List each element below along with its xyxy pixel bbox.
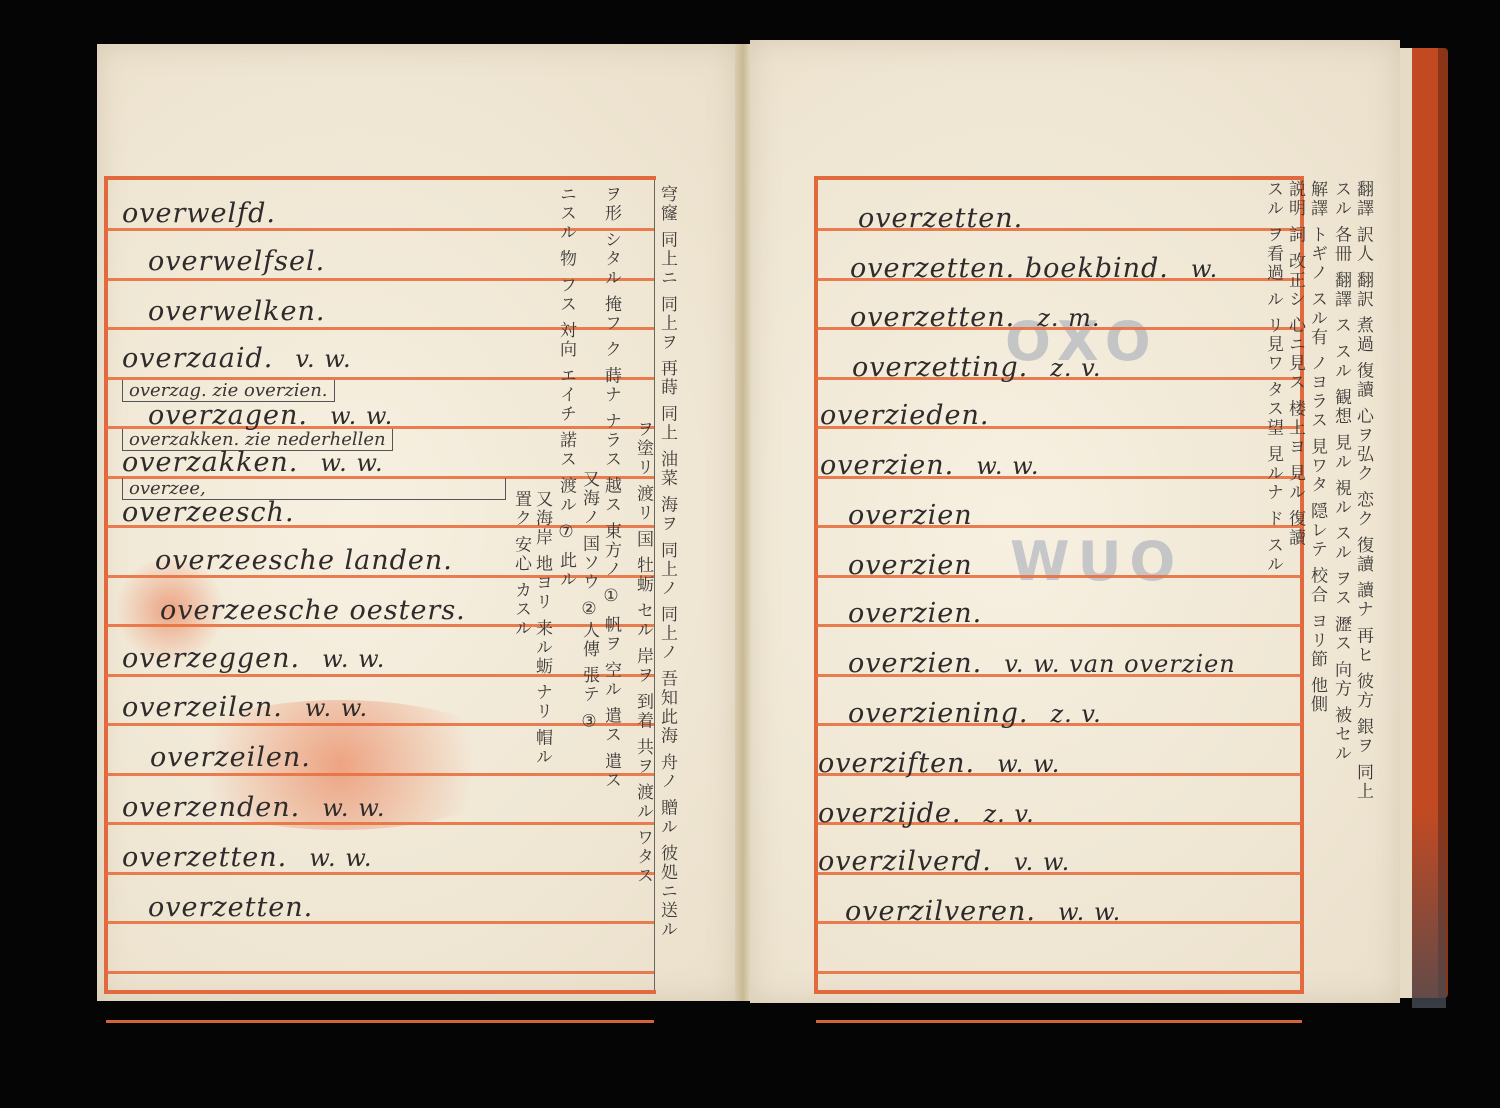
dictionary-entry: overwelfd. (122, 198, 276, 229)
ruled-line (816, 1020, 1302, 1023)
dictionary-entry: overzeilen.w. w. (122, 692, 368, 723)
dictionary-entry: overzakken.w. w. (122, 447, 384, 478)
japanese-gloss-column: 翻譯 訳人 翻訳 煮過 復讀 心ヲ弘ク 恋ク 復讀 讀ナ 再ヒ 彼方 銀ヲ 同上 (1352, 180, 1373, 970)
dictionary-entry: overzetten.z. m. (850, 302, 1101, 333)
dictionary-entry: overzagen.w. w. (148, 400, 393, 431)
dictionary-entry: overzeesch. (122, 497, 295, 528)
dictionary-entry: overzilveren.w. w. (845, 896, 1121, 927)
japanese-gloss-column: スル ヲ看過 ル リ見ワ タス望 見ルナ ド スル (1262, 180, 1283, 780)
dictionary-entry: overzetten. (858, 203, 1023, 234)
dictionary-entry: overzetten. (148, 892, 313, 923)
dictionary-entry: overzien (848, 550, 973, 581)
book-gutter (735, 44, 751, 1001)
japanese-gloss-column: ヲ塗リ 渡リ 国 牡蛎 セル 岸ヲ 到着 共ヲ 渡ル ワタス (632, 420, 653, 940)
ruled-line (106, 1020, 654, 1023)
dictionary-entry: overzilverd.v. w. (818, 846, 1070, 877)
japanese-gloss-column: スル 各冊 翻譯 ス スル 観想 見ル 視ル スル ヲス 瀝ス 向方 被セル (1330, 180, 1351, 800)
dictionary-entry: overzeesche oesters. (160, 595, 466, 626)
dictionary-entry: overziften.w. w. (818, 748, 1060, 779)
japanese-gloss-column: 穹窿 同上ニ 同上ヲ 再蒔 同上 油菜 海ヲ 同上ノ 同上ノ 吾知此海 舟ノ 贈… (656, 185, 677, 975)
book-cover-edge (1400, 48, 1448, 998)
dictionary-entry: overzien.w. w. (820, 450, 1040, 481)
japanese-gloss-column: ヲ形 シタル 掩フ ク 蒔ナ ナラス 越ス 東方ノ ① 帆ヲ 空ル 遣ス 遣ス (600, 185, 621, 925)
japanese-gloss-column: 又海ノ 国ソウ ②人傳 張テ ③ (578, 470, 599, 770)
japanese-gloss-column: 又海岸 地ヨリ 来ル蛎 ナリ 帽ル 置ク 安心 カスル (510, 490, 552, 790)
inserted-note: overzag. zie overzien. (122, 380, 335, 402)
ruled-line (816, 971, 1302, 974)
dictionary-entry: overzien. (848, 598, 982, 629)
dictionary-entry: overzaaid.v. w. (122, 343, 352, 374)
dictionary-entry: overzeggen.w. w. (122, 643, 385, 674)
dictionary-entry: overzijde.z. v. (818, 798, 1035, 829)
margin-divider (654, 180, 655, 990)
ruled-line (106, 971, 654, 974)
dictionary-entry: overzieden. (820, 400, 989, 431)
japanese-gloss-column: 説明 詞 改正シ 心ニ見ス 楼上ヨ 見ル 復讀 (1284, 180, 1305, 760)
dictionary-entry: overzien.v. w. van overzien (848, 648, 1236, 679)
dictionary-entry: overzeilen. (150, 742, 311, 773)
dictionary-entry: overwelken. (148, 296, 325, 327)
dictionary-entry: overzetten. boekbind.w. (850, 253, 1218, 284)
dictionary-entry: overzetting.z. v. (852, 352, 1101, 383)
japanese-gloss-column: 解譯 トギノ スル有 ノヨラス 見ワタ 隠レテ 校合 ヨリ節 他側 (1306, 180, 1327, 840)
dictionary-entry: overzeesche landen. (155, 545, 453, 576)
dictionary-entry: overzetten.w. w. (122, 842, 373, 873)
dictionary-entry: overziening.z. v. (848, 698, 1102, 729)
dictionary-entry: overzenden.w. w. (122, 792, 386, 823)
dictionary-entry: overwelfsel. (148, 246, 325, 277)
japanese-gloss-column: ニスル 物 フス 対向 エイチ 諾ス 渡ル ⑦ 此ル (555, 185, 576, 765)
dictionary-entry: overzien (848, 500, 973, 531)
